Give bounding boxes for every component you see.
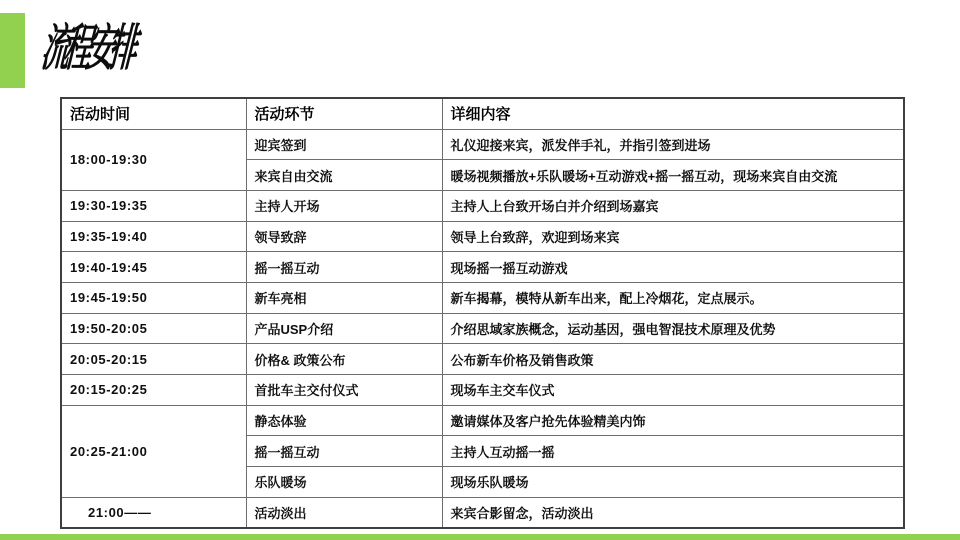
segment-cell: 首批车主交付仪式 — [246, 375, 442, 406]
detail-cell: 现场摇一摇互动游戏 — [442, 252, 904, 283]
time-cell: 18:00-19:30 — [61, 129, 246, 190]
table-row: 21:00——活动淡出来宾合影留念，活动淡出 — [61, 497, 904, 528]
detail-cell: 现场车主交车仪式 — [442, 375, 904, 406]
time-cell: 19:35-19:40 — [61, 221, 246, 252]
slide-canvas: { "accent_color": "#92D050", "title": "流… — [0, 0, 960, 540]
detail-cell: 公布新车价格及销售政策 — [442, 344, 904, 375]
segment-cell: 产品USP介绍 — [246, 313, 442, 344]
time-cell: 19:30-19:35 — [61, 190, 246, 221]
schedule-body: 18:00-19:30迎宾签到礼仪迎接来宾，派发伴手礼，并指引签到进场来宾自由交… — [61, 129, 904, 528]
detail-cell: 邀请媒体及客户抢先体验精美内饰 — [442, 405, 904, 436]
schedule-table: 活动时间 活动环节 详细内容 18:00-19:30迎宾签到礼仪迎接来宾，派发伴… — [60, 97, 905, 529]
table-row: 19:30-19:35主持人开场主持人上台致开场白并介绍到场嘉宾 — [61, 190, 904, 221]
header-detail-content: 详细内容 — [442, 98, 904, 129]
detail-cell: 礼仪迎接来宾，派发伴手礼，并指引签到进场 — [442, 129, 904, 160]
detail-cell: 领导上台致辞，欢迎到场来宾 — [442, 221, 904, 252]
time-cell: 21:00—— — [61, 497, 246, 528]
detail-cell: 现场乐队暖场 — [442, 467, 904, 498]
detail-cell: 主持人上台致开场白并介绍到场嘉宾 — [442, 190, 904, 221]
segment-cell: 新车亮相 — [246, 282, 442, 313]
segment-cell: 价格& 政策公布 — [246, 344, 442, 375]
table-row: 20:25-21:00静态体验邀请媒体及客户抢先体验精美内饰 — [61, 405, 904, 436]
segment-cell: 主持人开场 — [246, 190, 442, 221]
detail-cell: 主持人互动摇一摇 — [442, 436, 904, 467]
segment-cell: 迎宾签到 — [246, 129, 442, 160]
time-cell: 19:50-20:05 — [61, 313, 246, 344]
segment-cell: 来宾自由交流 — [246, 160, 442, 191]
table-row: 19:40-19:45摇一摇互动现场摇一摇互动游戏 — [61, 252, 904, 283]
segment-cell: 乐队暖场 — [246, 467, 442, 498]
table-row: 20:15-20:25首批车主交付仪式现场车主交车仪式 — [61, 375, 904, 406]
table-header-row: 活动时间 活动环节 详细内容 — [61, 98, 904, 129]
detail-cell: 暖场视频播放+乐队暖场+互动游戏+摇一摇互动，现场来宾自由交流 — [442, 160, 904, 191]
time-cell: 20:05-20:15 — [61, 344, 246, 375]
detail-cell: 新车揭幕，模特从新车出来，配上冷烟花，定点展示。 — [442, 282, 904, 313]
header-activity-segment: 活动环节 — [246, 98, 442, 129]
segment-cell: 摇一摇互动 — [246, 252, 442, 283]
time-cell: 20:15-20:25 — [61, 375, 246, 406]
time-cell: 19:45-19:50 — [61, 282, 246, 313]
detail-cell: 来宾合影留念，活动淡出 — [442, 497, 904, 528]
table-row: 19:45-19:50新车亮相新车揭幕，模特从新车出来，配上冷烟花，定点展示。 — [61, 282, 904, 313]
green-bottom-bar — [0, 534, 960, 540]
segment-cell: 静态体验 — [246, 405, 442, 436]
page-title: 流程安排 — [39, 22, 134, 74]
time-cell: 20:25-21:00 — [61, 405, 246, 497]
detail-cell: 介绍思域家族概念，运动基因，强电智混技术原理及优势 — [442, 313, 904, 344]
time-cell: 19:40-19:45 — [61, 252, 246, 283]
green-accent-rectangle — [0, 13, 25, 88]
header-activity-time: 活动时间 — [61, 98, 246, 129]
segment-cell: 领导致辞 — [246, 221, 442, 252]
table-row: 19:50-20:05产品USP介绍介绍思域家族概念，运动基因，强电智混技术原理… — [61, 313, 904, 344]
segment-cell: 活动淡出 — [246, 497, 442, 528]
segment-cell: 摇一摇互动 — [246, 436, 442, 467]
table-row: 19:35-19:40领导致辞领导上台致辞，欢迎到场来宾 — [61, 221, 904, 252]
table-row: 20:05-20:15价格& 政策公布公布新车价格及销售政策 — [61, 344, 904, 375]
table-row: 18:00-19:30迎宾签到礼仪迎接来宾，派发伴手礼，并指引签到进场 — [61, 129, 904, 160]
